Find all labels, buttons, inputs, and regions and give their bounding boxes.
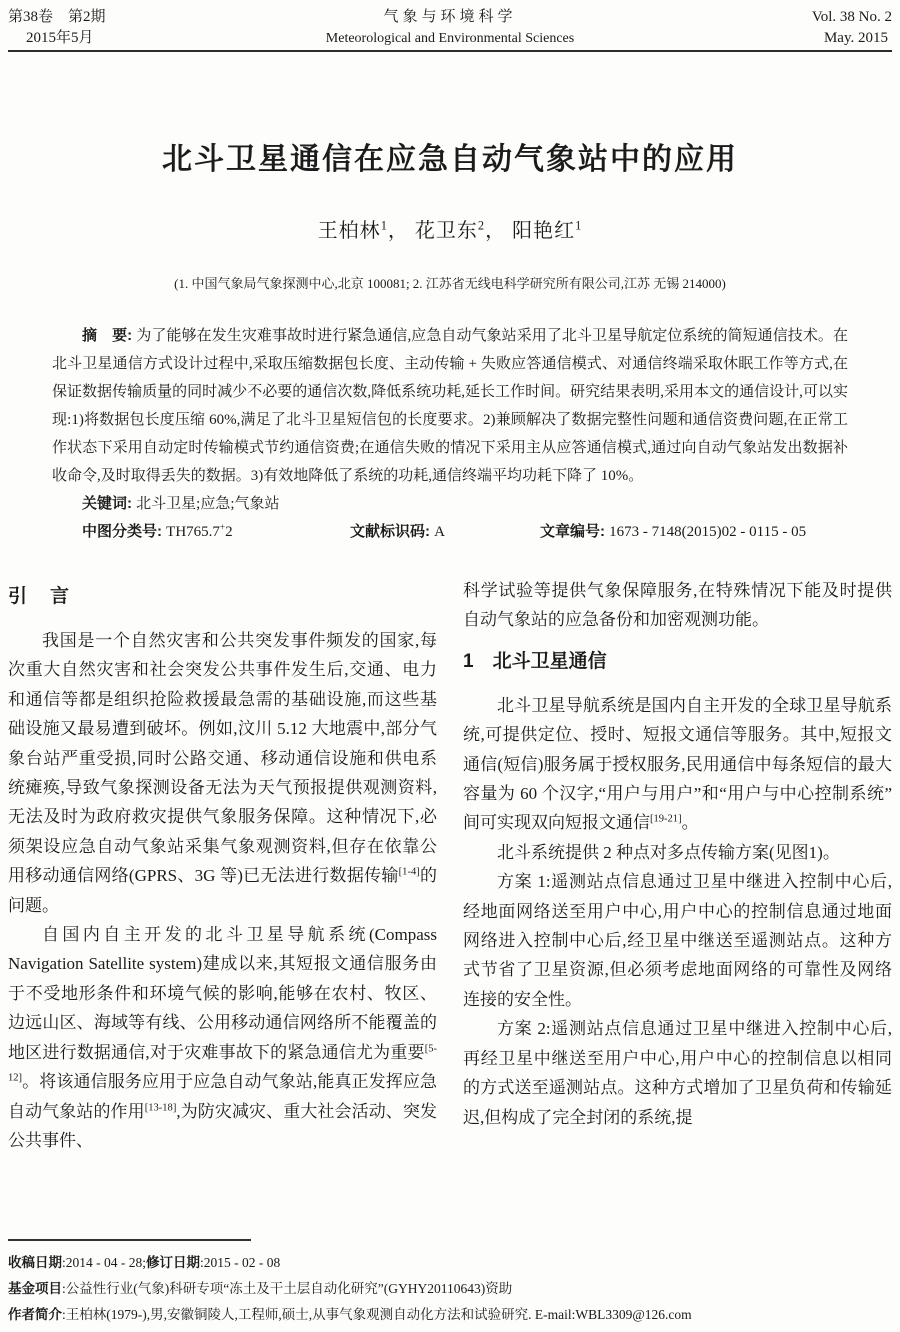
abstract-text: 摘 要: 为了能够在发生灾难事故时进行紧急通信,应急自动气象站采用了北斗卫星导航…: [52, 322, 848, 490]
intro-paragraph-continuation: 科学试验等提供气象保障服务,在特殊情况下能及时提供自动气象站的应急备份和加密观测…: [463, 576, 892, 635]
affiliation-line: (1. 中国气象局气象探测中心,北京 100081; 2. 江苏省无线电科学研究…: [8, 273, 892, 292]
abstract-block: 摘 要: 为了能够在发生灾难事故时进行紧急通信,应急自动气象站采用了北斗卫星导航…: [52, 322, 848, 546]
author-bio-line: 作者简介:王柏林(1979-),男,安徽铜陵人,工程师,硕士,从事气象观测自动化…: [8, 1302, 892, 1328]
section1-paragraph-1: 北斗卫星导航系统是国内自主开发的全球卫星导航系统,可提供定位、授时、短报文通信等…: [463, 691, 892, 838]
running-head-center: 气象与环境科学 Meteorological and Environmental…: [198, 7, 702, 49]
classification-row: 中图分类号: TH765.7+2 文献标识码: A 文章编号: 1673 - 7…: [52, 518, 848, 546]
journal-title-cn: 气象与环境科学: [198, 7, 702, 28]
section1-paragraph-4: 方案 2:遥测站点信息通过卫星中继进入控制中心后,再经卫星中继送至用户中心,用户…: [463, 1014, 892, 1132]
clc-number: 中图分类号: TH765.7+2: [82, 518, 350, 546]
document-code: 文献标识码: A: [350, 518, 540, 546]
volume-issue-cn: 第38卷 第2期: [8, 7, 198, 28]
section1-heading: 1 北斗卫星通信: [463, 649, 892, 675]
issue-date-cn: 2015年5月: [8, 28, 198, 49]
journal-title-en: Meteorological and Environmental Science…: [198, 28, 702, 49]
footnote-divider: [8, 1239, 251, 1241]
received-date-line: 收稿日期:2014 - 04 - 28;修订日期:2015 - 02 - 08: [8, 1250, 892, 1276]
journal-running-head: 第38卷 第2期 2015年5月 气象与环境科学 Meteorological …: [8, 0, 892, 52]
article-id: 文章编号: 1673 - 7148(2015)02 - 0115 - 05: [540, 518, 806, 546]
running-head-left: 第38卷 第2期 2015年5月: [8, 7, 198, 49]
author-line: 王柏林1， 花卫东2， 阳艳红1: [8, 214, 892, 243]
intro-section-heading: 引 言: [8, 584, 437, 610]
section1-paragraph-2: 北斗系统提供 2 种点对多点传输方案(见图1)。: [463, 838, 892, 867]
section1-paragraph-3: 方案 1:遥测站点信息通过卫星中继进入控制中心后,经地面网络送至用户中心,用户中…: [463, 867, 892, 1014]
journal-page: 第38卷 第2期 2015年5月 气象与环境科学 Meteorological …: [0, 0, 900, 1332]
volume-issue-en: Vol. 38 No. 2: [702, 7, 892, 28]
issue-date-en: May. 2015: [702, 28, 892, 49]
footnote-block: 收稿日期:2014 - 04 - 28;修订日期:2015 - 02 - 08 …: [8, 1239, 892, 1328]
right-column: 科学试验等提供气象保障服务,在特殊情况下能及时提供自动气象站的应急备份和加密观测…: [463, 576, 892, 1155]
article-title: 北斗卫星通信在应急自动气象站中的应用: [8, 134, 892, 178]
keywords-line: 关键词: 北斗卫星;应急;气象站: [52, 490, 848, 518]
intro-paragraph-2: 自国内自主开发的北斗卫星导航系统(Compass Navigation Sate…: [8, 920, 437, 1155]
fund-project-line: 基金项目:公益性行业(气象)科研专项“冻土及干土层自动化研究”(GYHY2011…: [8, 1276, 892, 1302]
body-columns: 引 言 我国是一个自然灾害和公共突发事件频发的国家,每次重大自然灾害和社会突发公…: [8, 576, 892, 1155]
left-column: 引 言 我国是一个自然灾害和公共突发事件频发的国家,每次重大自然灾害和社会突发公…: [8, 576, 437, 1155]
intro-paragraph-1: 我国是一个自然灾害和公共突发事件频发的国家,每次重大自然灾害和社会突发公共事件发…: [8, 626, 437, 920]
running-head-right: Vol. 38 No. 2 May. 2015: [702, 7, 892, 49]
